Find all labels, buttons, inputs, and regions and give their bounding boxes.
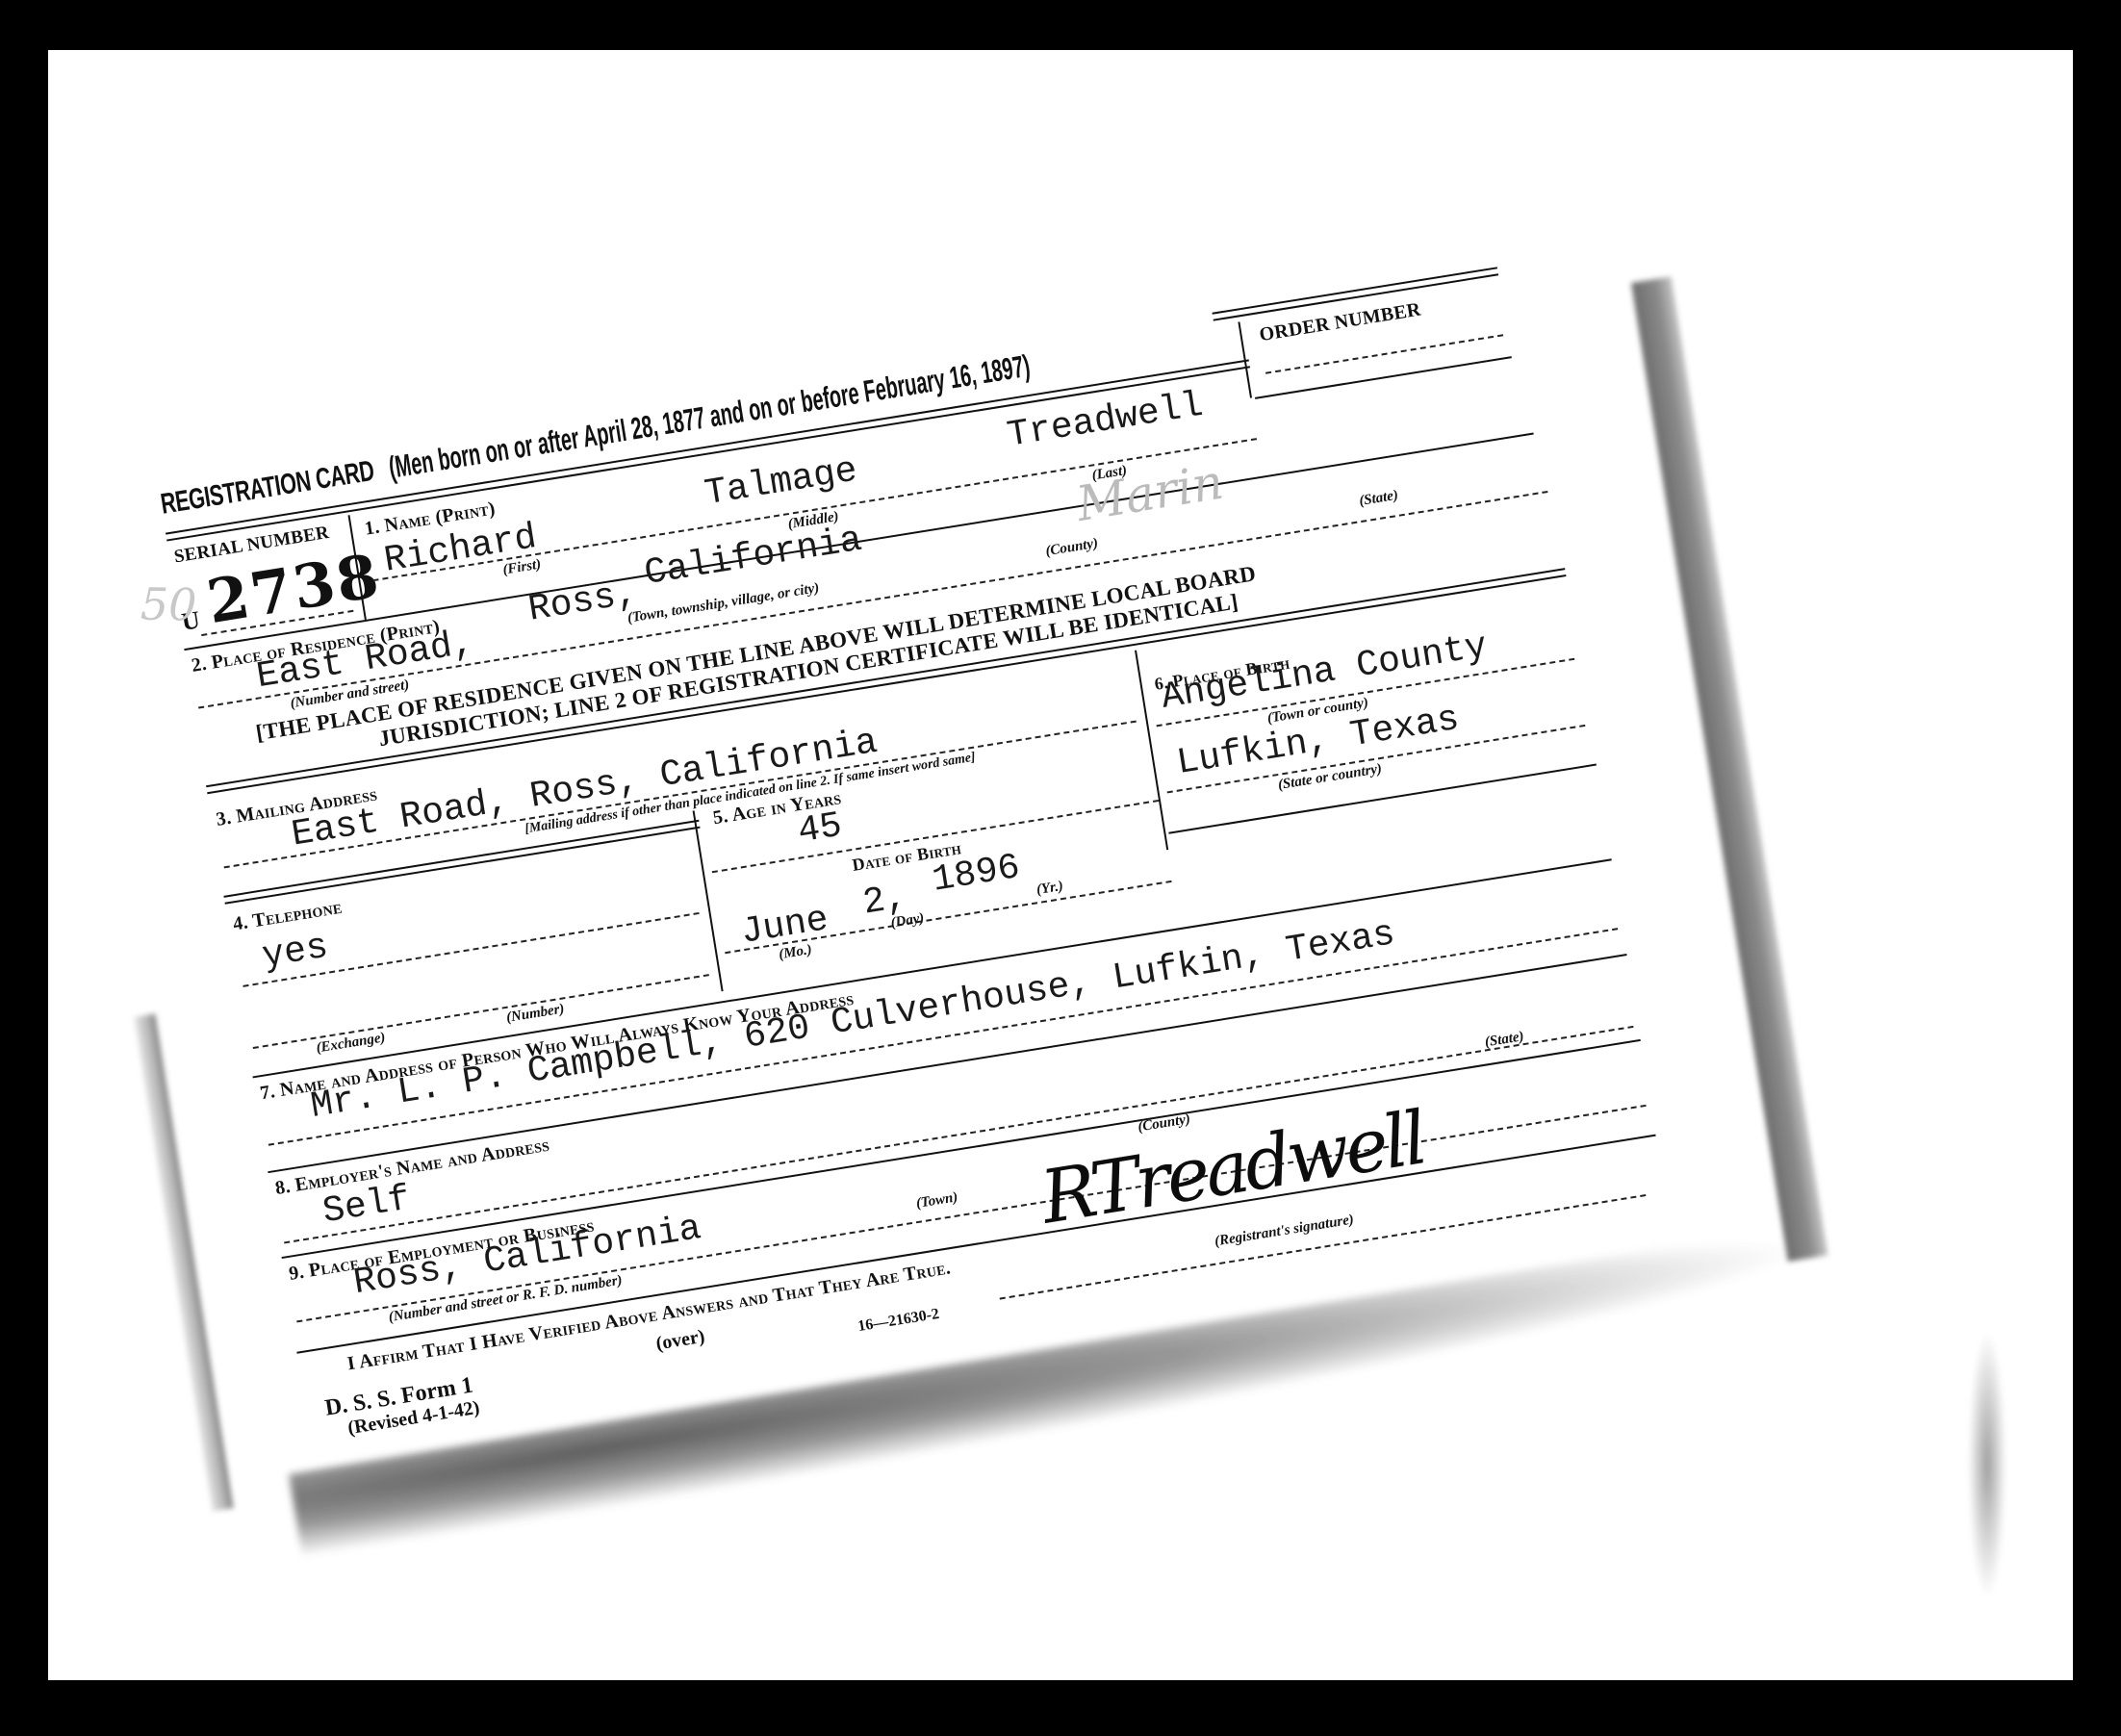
last-name: Treadwell — [1005, 385, 1206, 457]
pencil-margin-note: 50 — [140, 578, 196, 631]
residence-town: Ross, — [525, 573, 640, 630]
age-value: 45 — [795, 805, 845, 854]
telephone-label: 4. Telephone — [232, 897, 345, 936]
county-caption: (County) — [1044, 536, 1099, 560]
employment-state-caption: (State) — [1484, 1029, 1525, 1051]
employment-town-caption: (Town) — [915, 1189, 959, 1213]
scan-speckle — [1968, 1330, 2006, 1599]
state-caption: (State) — [1358, 488, 1399, 510]
order-rule-bottom — [1255, 356, 1512, 399]
order-number-label: ORDER NUMBER — [1258, 299, 1422, 347]
contact-value: Mr. L. P. Campbell, 620 Culverhouse, Luf… — [308, 913, 1398, 1128]
employer-label: 8. Employer's Name and Address — [273, 1135, 550, 1200]
rule-before-contact — [252, 858, 1611, 1078]
exchange-caption: (Exchange) — [315, 1030, 386, 1057]
registrant-signature: RTreadwell — [1035, 1095, 1430, 1240]
print-code: 16—21630-2 — [856, 1306, 940, 1336]
residence-notice-2: JURISDICTION; LINE 2 OF REGISTRATION CER… — [377, 589, 1240, 752]
telephone-value: yes — [260, 927, 331, 978]
over-note: (over) — [654, 1326, 706, 1356]
divider-age — [693, 810, 724, 991]
year-caption: (Yr.) — [1035, 879, 1064, 899]
